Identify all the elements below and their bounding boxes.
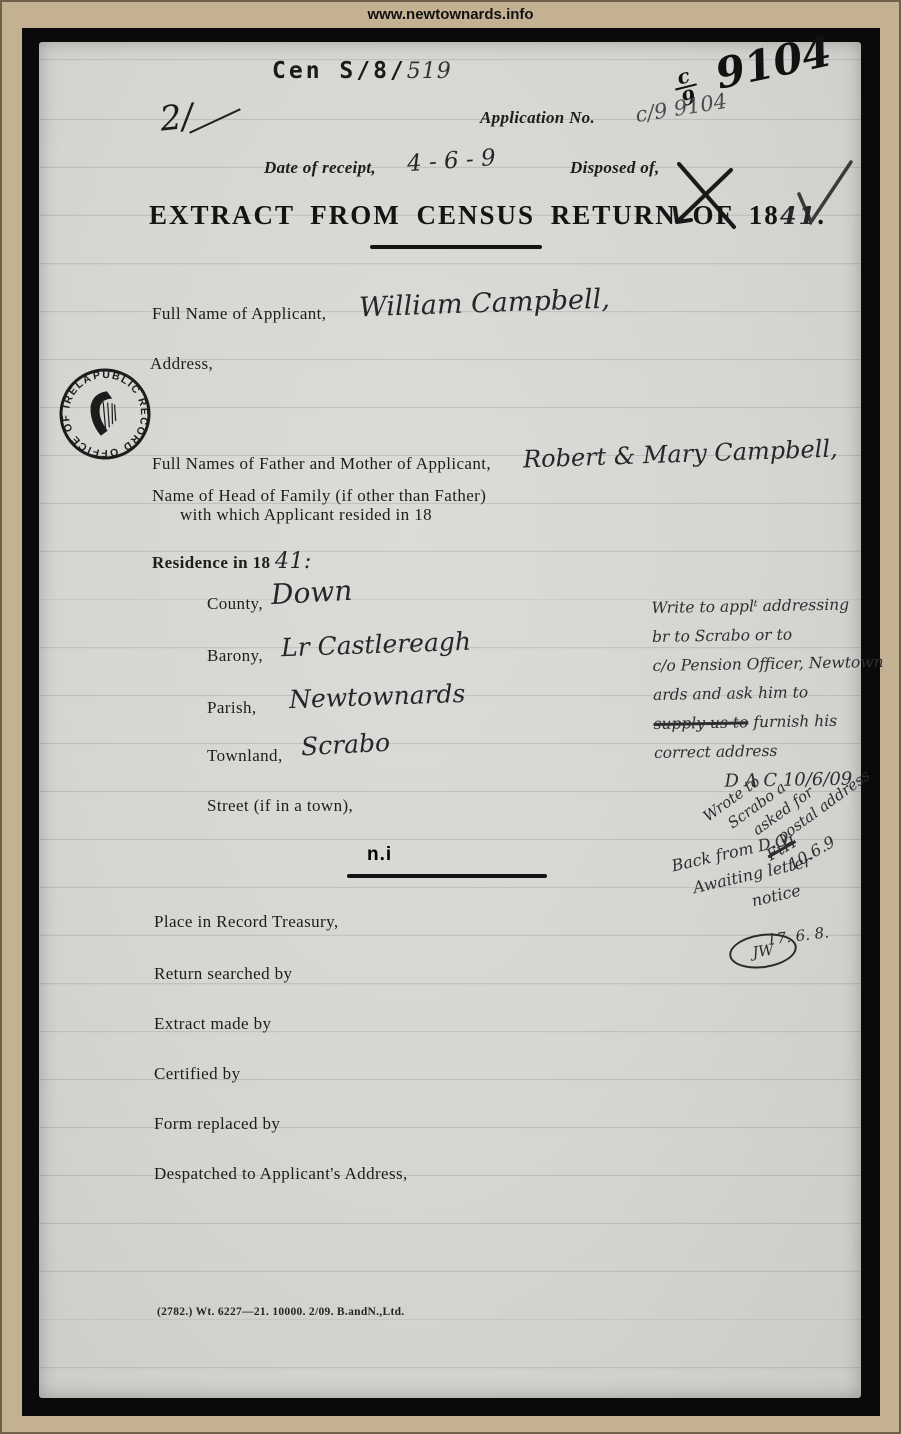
disposed-of-label: Disposed of, [570, 158, 660, 178]
printers-imprint: (2782.) Wt. 6227—21. 10000. 2/09. B.andN… [157, 1306, 404, 1318]
back-from-do-note: Back from D.O. Awaiting letter notice [669, 823, 820, 930]
site-banner: www.newtownards.info [2, 2, 899, 26]
address-label: Address, [150, 354, 213, 374]
title-period: . [817, 200, 826, 230]
title-year-handwritten: 41 [780, 201, 817, 230]
cen-reference-handwritten: 519 [407, 59, 452, 84]
big-number-annotation: 9104 [711, 26, 836, 98]
margin-note-line: Write to applᵗ addressing [651, 590, 883, 623]
full-name-label: Full Name of Applicant, [152, 304, 326, 324]
form-replaced-label: Form replaced by [154, 1114, 280, 1134]
full-name-value: William Campbell, [359, 284, 611, 324]
return-searched-label: Return searched by [154, 964, 292, 984]
extract-made-label: Extract made by [154, 1014, 271, 1034]
townland-value: Scrabo [300, 728, 390, 762]
street-label: Street (if in a town), [207, 796, 353, 816]
cen-reference-printed: Cen S/8/ [272, 58, 407, 84]
head-family-line1: Name of Head of Family (if other than Fa… [152, 486, 486, 506]
parents-label: Full Names of Father and Mother of Appli… [152, 454, 491, 474]
scanned-census-extract-page: { "site_banner": { "url": "www.newtownar… [0, 0, 901, 1434]
date-receipt-value: 4 - 6 - 9 [406, 145, 496, 177]
fee-dash-stroke [189, 108, 241, 133]
residence-label: Residence in 18 41: [152, 549, 312, 574]
residence-label-text: Residence in 18 [152, 553, 270, 572]
residence-year-handwritten: 41: [275, 549, 312, 574]
site-url: www.newtownards.info [367, 6, 533, 23]
barony-label: Barony, [207, 646, 263, 666]
parents-value: Robert & Mary Campbell, [523, 435, 839, 474]
harp-icon [86, 391, 122, 435]
place-record-treasury-label: Place in Record Treasury, [154, 912, 339, 932]
page-title: EXTRACT FROM CENSUS RETURN OF 1841. [149, 200, 826, 231]
date2-annotation: 17. 6. 8. [765, 918, 830, 954]
margin-note-line-struck: supply us to furnish his [653, 706, 885, 739]
parish-value: Newtownards [289, 679, 466, 714]
ni-underline [347, 874, 547, 878]
title-printed: EXTRACT FROM CENSUS RETURN OF 18 [149, 200, 780, 230]
certified-by-label: Certified by [154, 1064, 240, 1084]
parish-label: Parish, [207, 698, 257, 718]
despatched-label: Despatched to Applicant's Address, [154, 1164, 408, 1184]
public-record-office-stamp: PUBLIC RECORD OFFICE OF IRELAND • [45, 354, 166, 475]
margin-note-line: br to Scrabo or to [652, 619, 884, 652]
townland-label: Townland, [207, 746, 283, 766]
margin-note-line: ards and ask him to [653, 677, 885, 710]
cen-reference-stamp: Cen S/8/519 [272, 58, 452, 84]
struck-words: supply us to [653, 713, 748, 733]
county-label: County, [207, 594, 263, 614]
title-underline [370, 245, 542, 249]
margin-note-line: c/o Pension Officer, Newtown [652, 648, 884, 681]
county-value: Down [270, 574, 353, 611]
date-receipt-label: Date of receipt, [264, 158, 376, 178]
barony-value: Lr Castlereagh [281, 627, 472, 663]
x-mark-and-tick-annotations [639, 122, 859, 252]
head-family-line2: with which Applicant resided in 18 [180, 505, 432, 525]
application-no-label: Application No. [480, 108, 595, 128]
scan-frame: Cen S/8/519 9104 c 9 2/ Application No. … [22, 28, 880, 1416]
document-paper: Cen S/8/519 9104 c 9 2/ Application No. … [39, 42, 861, 1398]
ni-note: n.i [367, 844, 392, 866]
